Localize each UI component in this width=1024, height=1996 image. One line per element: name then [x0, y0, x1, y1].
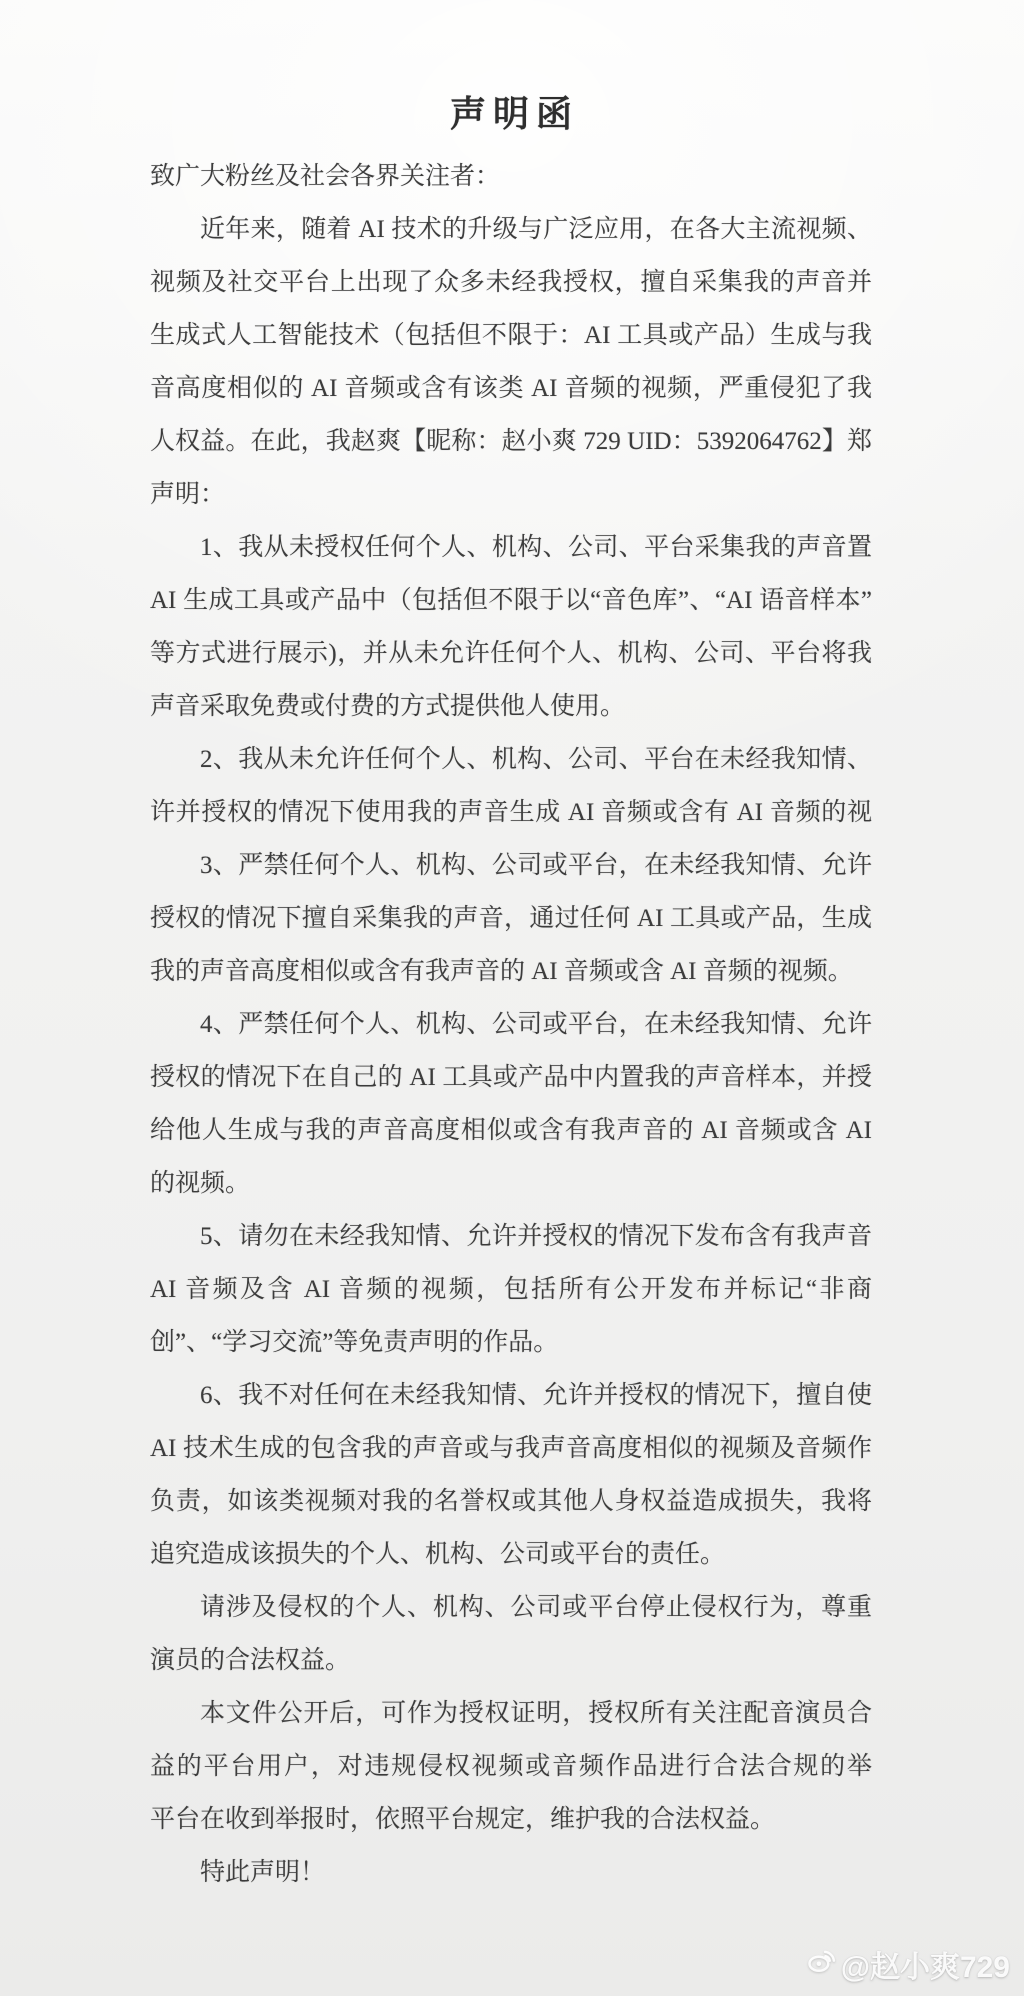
text-line: 人权益。在此，我赵爽【昵称：赵小爽 729 UID：5392064762】郑重	[150, 415, 872, 468]
text-line: 创”、“学习交流”等免责声明的作品。	[150, 1316, 872, 1369]
text-line: 近年来，随着 AI 技术的升级与广泛应用，在各大主流视频、短	[150, 203, 872, 256]
text-line: 的视频。	[150, 1157, 872, 1210]
text-line: 平台在收到举报时，依照平台规定，维护我的合法权益。	[150, 1793, 872, 1846]
text-line: 生成式人工智能技术（包括但不限于：AI 工具或产品）生成与我声	[150, 309, 872, 362]
text-line: 授权的情况下擅自采集我的声音，通过任何 AI 工具或产品，生成与	[150, 892, 872, 945]
text-line: 视频及社交平台上出现了众多未经我授权，擅自采集我的声音并利用	[150, 256, 872, 309]
text-line: 音高度相似的 AI 音频或含有该类 AI 音频的视频，严重侵犯了我的个	[150, 362, 872, 415]
text-line: 致广大粉丝及社会各界关注者：	[150, 150, 872, 203]
document-photo: 声明函 致广大粉丝及社会各界关注者：近年来，随着 AI 技术的升级与广泛应用，在…	[0, 0, 1024, 1996]
text-line: 本文件公开后，可作为授权证明，授权所有关注配音演员合法权	[150, 1687, 872, 1740]
document-body: 致广大粉丝及社会各界关注者：近年来，随着 AI 技术的升级与广泛应用，在各大主流…	[150, 150, 872, 1899]
text-line: 等方式进行展示)，并从未允许任何个人、机构、公司、平台将我的	[150, 627, 872, 680]
text-line: 声音采取免费或付费的方式提供他人使用。	[150, 680, 872, 733]
watermark-handle: @赵小爽729	[841, 1942, 1010, 1986]
text-line: 2、我从未允许任何个人、机构、公司、平台在未经我知情、允	[150, 733, 872, 786]
text-line: 授权的情况下在自己的 AI 工具或产品中内置我的声音样本，并授权	[150, 1051, 872, 1104]
text-line: 演员的合法权益。	[150, 1634, 872, 1687]
text-line: AI 音频及含 AI 音频的视频，包括所有公开发布并标记“非商用”、“二	[150, 1263, 872, 1316]
text-line: 1、我从未授权任何个人、机构、公司、平台采集我的声音置入	[150, 521, 872, 574]
text-line: 特此声明！	[150, 1846, 872, 1899]
text-line: 4、严禁任何个人、机构、公司或平台，在未经我知情、允许并	[150, 998, 872, 1051]
text-line: 许并授权的情况下使用我的声音生成 AI 音频或含有 AI 音频的视频。	[150, 786, 872, 839]
text-line: 5、请勿在未经我知情、允许并授权的情况下发布含有我声音的	[150, 1210, 872, 1263]
text-line: 负责，如该类视频对我的名誉权或其他人身权益造成损失，我将依法	[150, 1475, 872, 1528]
text-line: 追究造成该损失的个人、机构、公司或平台的责任。	[150, 1528, 872, 1581]
text-line: 声明：	[150, 468, 872, 521]
text-line: 3、严禁任何个人、机构、公司或平台，在未经我知情、允许并	[150, 839, 872, 892]
watermark: @赵小爽729	[807, 1942, 1010, 1986]
weibo-icon	[807, 1953, 837, 1975]
text-line: 6、我不对任何在未经我知情、允许并授权的情况下，擅自使用	[150, 1369, 872, 1422]
document-sheet: 声明函 致广大粉丝及社会各界关注者：近年来，随着 AI 技术的升级与广泛应用，在…	[0, 0, 1024, 1899]
text-line: 请涉及侵权的个人、机构、公司或平台停止侵权行为，尊重配音	[150, 1581, 872, 1634]
text-line: AI 技术生成的包含我的声音或与我声音高度相似的视频及音频作品	[150, 1422, 872, 1475]
text-line: 给他人生成与我的声音高度相似或含有我声音的 AI 音频或含 AI 音频	[150, 1104, 872, 1157]
page-title: 声明函	[150, 92, 872, 136]
text-line: 益的平台用户，对违规侵权视频或音频作品进行合法合规的举报，请	[150, 1740, 872, 1793]
text-line: AI 生成工具或产品中（包括但不限于以“音色库”、“AI 语音样本”	[150, 574, 872, 627]
text-line: 我的声音高度相似或含有我声音的 AI 音频或含 AI 音频的视频。	[150, 945, 872, 998]
